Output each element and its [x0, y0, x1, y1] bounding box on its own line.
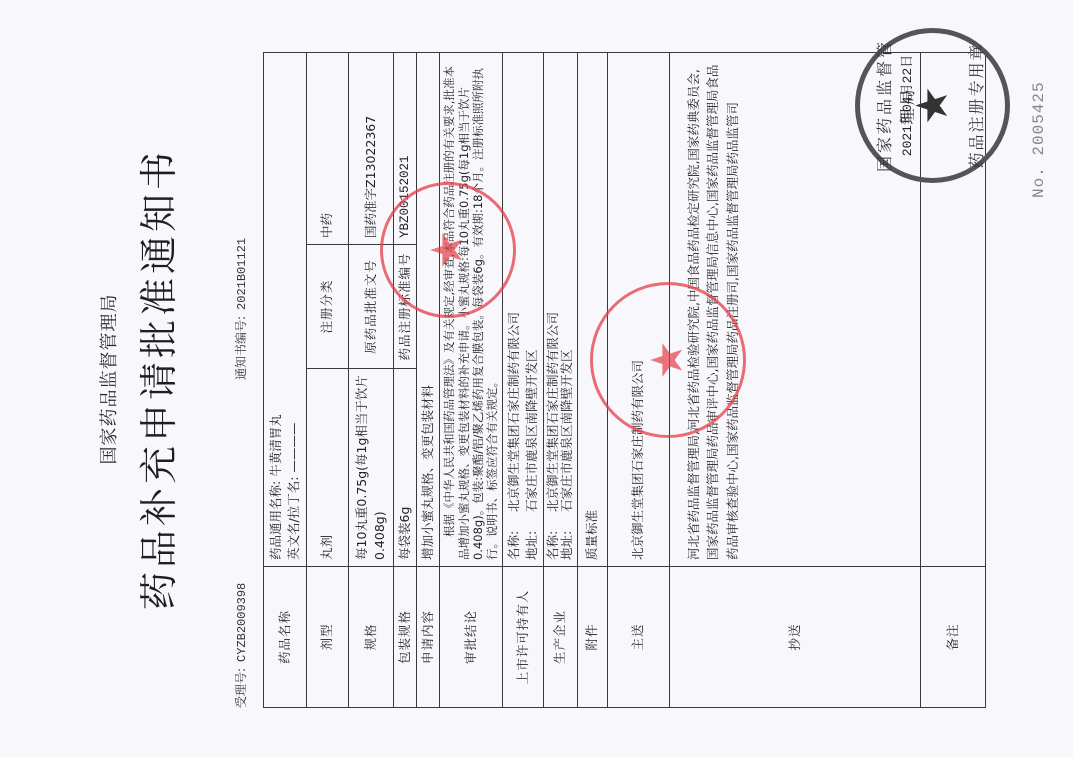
official-seal-bottom-text: 药品注册专用章	[964, 33, 987, 178]
row-application-content: 申请内容 增加小蜜丸规格、变更包装材料	[417, 53, 440, 708]
value-orig-approval: 国药准字Z13022367	[349, 53, 394, 245]
value-drug-name: 药品通用名称: 牛黄清胃丸 英文名/拉丁名: ————	[264, 53, 307, 567]
value-dosage-form: 丸剂	[307, 369, 349, 567]
manufacturer-address-value: 石家庄市鹿泉区南降壁开发区	[560, 349, 574, 512]
value-reg-class: 中药	[307, 53, 349, 245]
mah-name-value: 北京御生堂集团石家庄制药有限公司	[505, 312, 523, 512]
mah-name-label: 名称:	[505, 512, 523, 560]
row-specification: 规格 每10丸重0.75g(每1g相当于饮片0.408g) 原药品批准文号 国药…	[349, 53, 394, 708]
document-page: 国家药品监督管理局 药品补充申请批准通知书 受理号:CYZB2009398 通知…	[0, 0, 1073, 758]
agency-name: 国家药品监督管理局	[95, 0, 121, 758]
value-specification: 每10丸重0.75g(每1g相当于饮片0.408g)	[349, 369, 394, 567]
notice-value: 2021B01121	[235, 238, 249, 310]
row-mah: 上市许可持有人 名称:北京御生堂集团石家庄制药有限公司 地址:石家庄市鹿泉区南降…	[502, 53, 543, 708]
label-package-spec: 包装规格	[394, 567, 417, 708]
label-specification: 规格	[349, 567, 394, 708]
value-attachments: 质量标准	[577, 53, 607, 567]
manufacturer-address-label: 地址:	[560, 512, 574, 560]
label-attachments: 附件	[577, 567, 607, 708]
row-drug-name: 药品名称 药品通用名称: 牛黄清胃丸 英文名/拉丁名: ————	[264, 53, 307, 708]
company-seal: ★	[590, 282, 746, 438]
label-application-content: 申请内容	[417, 567, 440, 708]
official-registration-seal: 国家药品监督管理局 2021年04月22日 ★ 药品注册专用章	[855, 28, 1010, 183]
generic-name-label: 药品通用名称:	[268, 481, 283, 560]
row-package-spec: 包装规格 每袋装6g 药品注册标准编号 YBZ00152021	[394, 53, 417, 708]
value-package-spec: 每袋装6g	[394, 369, 417, 567]
label-drug-name: 药品名称	[264, 567, 307, 708]
mah-address-value: 石家庄市鹿泉区南降壁开发区	[523, 349, 541, 512]
label-approval-conclusion: 审批结论	[440, 567, 503, 708]
company-seal-secondary: ★	[380, 182, 516, 318]
seal-star-icon: ★	[646, 340, 690, 379]
manufacturer-name-label: 名称:	[546, 512, 560, 560]
notice-label: 通知书编号:	[234, 316, 248, 380]
value-mah: 名称:北京御生堂集团石家庄制药有限公司 地址:石家庄市鹿泉区南降壁开发区	[502, 53, 543, 567]
label-mah: 上市许可持有人	[502, 567, 543, 708]
label-remarks: 备注	[920, 567, 985, 708]
official-seal-date: 2021年04月22日	[896, 33, 915, 178]
mah-address-label: 地址:	[523, 512, 541, 560]
english-name-value: ————	[286, 423, 301, 473]
row-manufacturer: 生产企业 名称:北京御生堂集团石家庄制药有限公司 地址:石家庄市鹿泉区南降壁开发…	[544, 53, 578, 708]
manufacturer-name-value: 北京御生堂集团石家庄制药有限公司	[546, 312, 560, 512]
label-main-recipient: 主送	[607, 567, 669, 708]
acceptance-label: 受理号:	[234, 668, 248, 708]
row-approval-conclusion: 审批结论 根据《中华人民共和国药品管理法》及有关规定,经审查,本品符合药品注册的…	[440, 53, 503, 708]
acceptance-number: 受理号:CYZB2009398	[232, 583, 249, 708]
document-title: 药品补充申请批准通知书	[128, 0, 183, 758]
value-manufacturer: 名称:北京御生堂集团石家庄制药有限公司 地址:石家庄市鹿泉区南降壁开发区	[544, 53, 578, 567]
label-dosage-form: 剂型	[307, 567, 349, 708]
label-manufacturer: 生产企业	[544, 567, 578, 708]
notice-number: 通知书编号:2021B01121	[232, 238, 249, 380]
serial-number: No. 2005425	[1030, 81, 1048, 198]
seal-star-icon: ★	[426, 230, 470, 269]
label-reg-class: 注册分类	[307, 245, 349, 369]
english-name-label: 英文名/拉丁名:	[286, 477, 301, 560]
acceptance-value: CYZB2009398	[235, 583, 249, 662]
generic-name-value: 牛黄清胃丸	[268, 414, 283, 477]
label-cc: 抄送	[669, 567, 920, 708]
row-dosage-form: 剂型 丸剂 注册分类 中药	[307, 53, 349, 708]
